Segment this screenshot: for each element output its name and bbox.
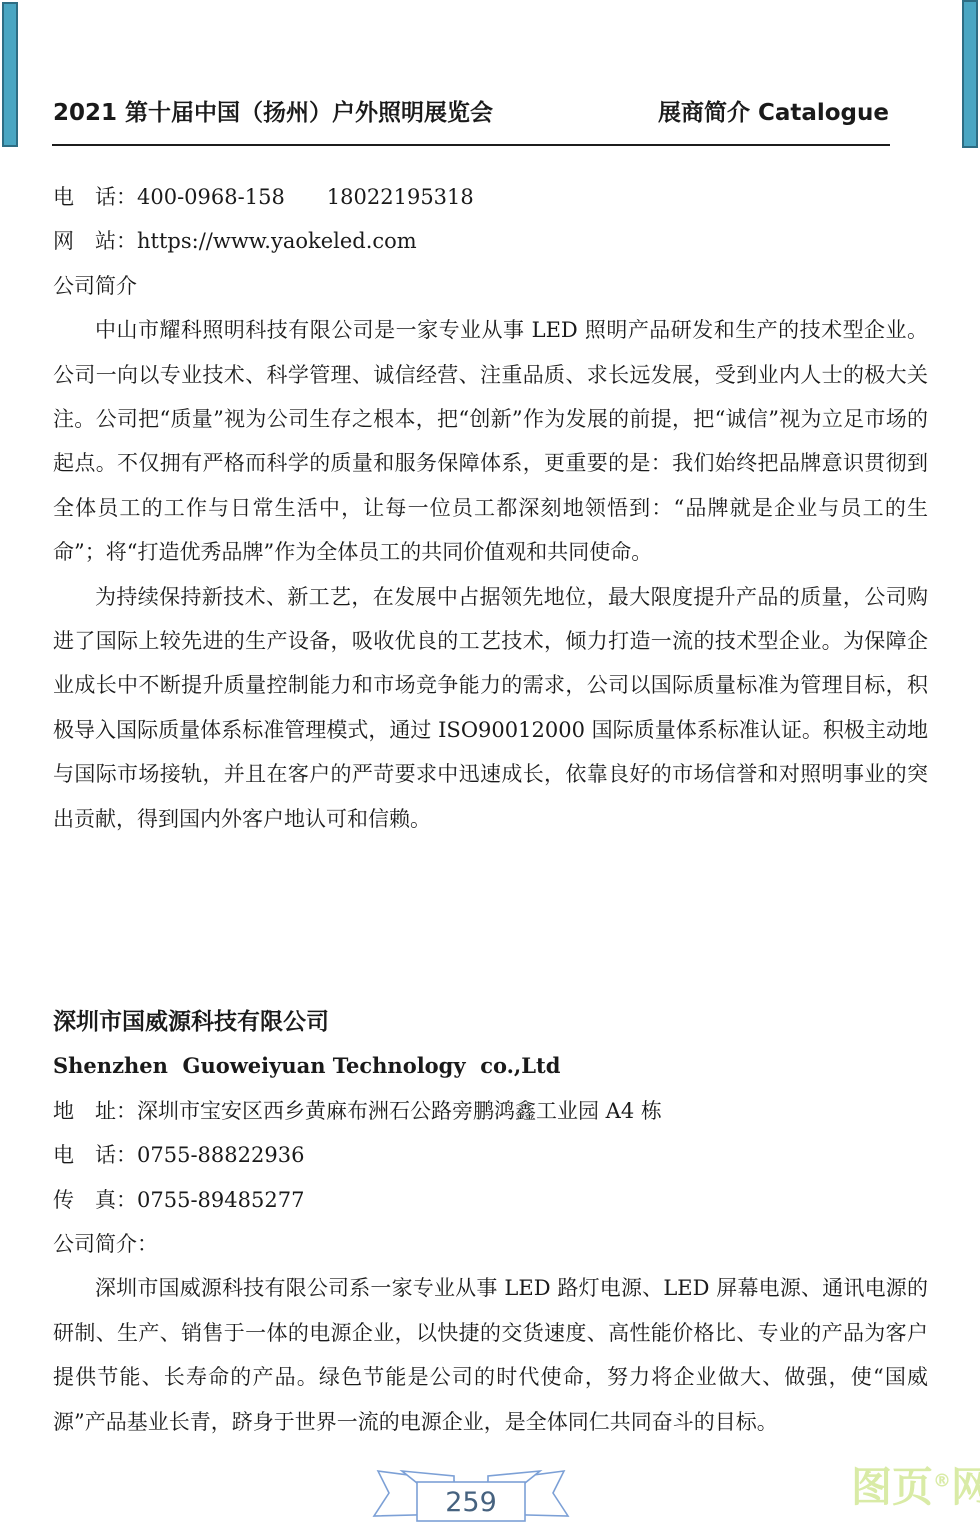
company2-address-row: 地 址：深圳市宝安区西乡黄麻布洲石公路旁鹏鸿鑫工业园 A4 栋 — [53, 1089, 928, 1133]
phone-value: 400-0968-158 18022195318 — [137, 185, 474, 209]
page-header: 2021 第十届中国（扬州）户外照明展览会 展商简介 Catalogue — [53, 94, 889, 127]
page-number: 259 — [445, 1487, 497, 1518]
company1-website-row: 网 站：https://www.yaokeled.com — [53, 219, 928, 263]
company2-phone-row: 电 话：0755-88822936 — [53, 1133, 928, 1177]
fax-value: 0755-89485277 — [137, 1188, 304, 1212]
catalogue-page: 2021 第十届中国（扬州）户外照明展览会 展商简介 Catalogue 电 话… — [0, 0, 980, 1523]
page-number-ribbon: 259 — [368, 1462, 574, 1523]
watermark: 图页®网 — [851, 1463, 976, 1512]
company1-intro-heading: 公司简介 — [53, 264, 928, 308]
company1-paragraph-2: 为持续保持新技术、新工艺，在发展中占据领先地位，最大限度提升产品的质量，公司购进… — [53, 575, 928, 841]
company2-name-cn: 深圳市国威源科技有限公司 — [53, 1000, 928, 1044]
phone-value: 0755-88822936 — [137, 1143, 304, 1167]
address-label: 地 址： — [53, 1099, 137, 1123]
left-accent-bar — [2, 2, 18, 147]
company2-name-en: Shenzhen Guoweiyuan Technology co.,Ltd — [53, 1044, 928, 1088]
address-value: 深圳市宝安区西乡黄麻布洲石公路旁鹏鸿鑫工业园 A4 栋 — [137, 1099, 662, 1123]
company2-paragraph-1: 深圳市国威源科技有限公司系一家专业从事 LED 路灯电源、LED 屏幕电源、通讯… — [53, 1266, 928, 1444]
company1-paragraph-1: 中山市耀科照明科技有限公司是一家专业从事 LED 照明产品研发和生产的技术型企业… — [53, 308, 928, 574]
header-divider — [52, 144, 890, 146]
website-value: https://www.yaokeled.com — [137, 229, 417, 253]
registered-mark: ® — [933, 1470, 951, 1491]
watermark-text-post: 网 — [951, 1463, 980, 1511]
company1-section: 电 话：400-0968-158 18022195318 网 站：https:/… — [53, 175, 928, 841]
company2-fax-row: 传 真：0755-89485277 — [53, 1178, 928, 1222]
fax-label: 传 真： — [53, 1188, 137, 1212]
phone-label: 电 话： — [53, 185, 137, 209]
ribbon-banner-icon: 259 — [368, 1462, 574, 1523]
header-title-right: 展商简介 Catalogue — [658, 94, 889, 127]
company2-intro-heading: 公司简介： — [53, 1222, 928, 1266]
website-label: 网 站： — [53, 229, 137, 253]
right-accent-bar — [962, 0, 978, 148]
company1-phone-row: 电 话：400-0968-158 18022195318 — [53, 175, 928, 219]
header-title-left: 2021 第十届中国（扬州）户外照明展览会 — [53, 94, 493, 127]
watermark-text-pre: 图页 — [851, 1463, 933, 1511]
phone-label: 电 话： — [53, 1143, 137, 1167]
company2-section: 深圳市国威源科技有限公司 Shenzhen Guoweiyuan Technol… — [53, 1000, 928, 1444]
